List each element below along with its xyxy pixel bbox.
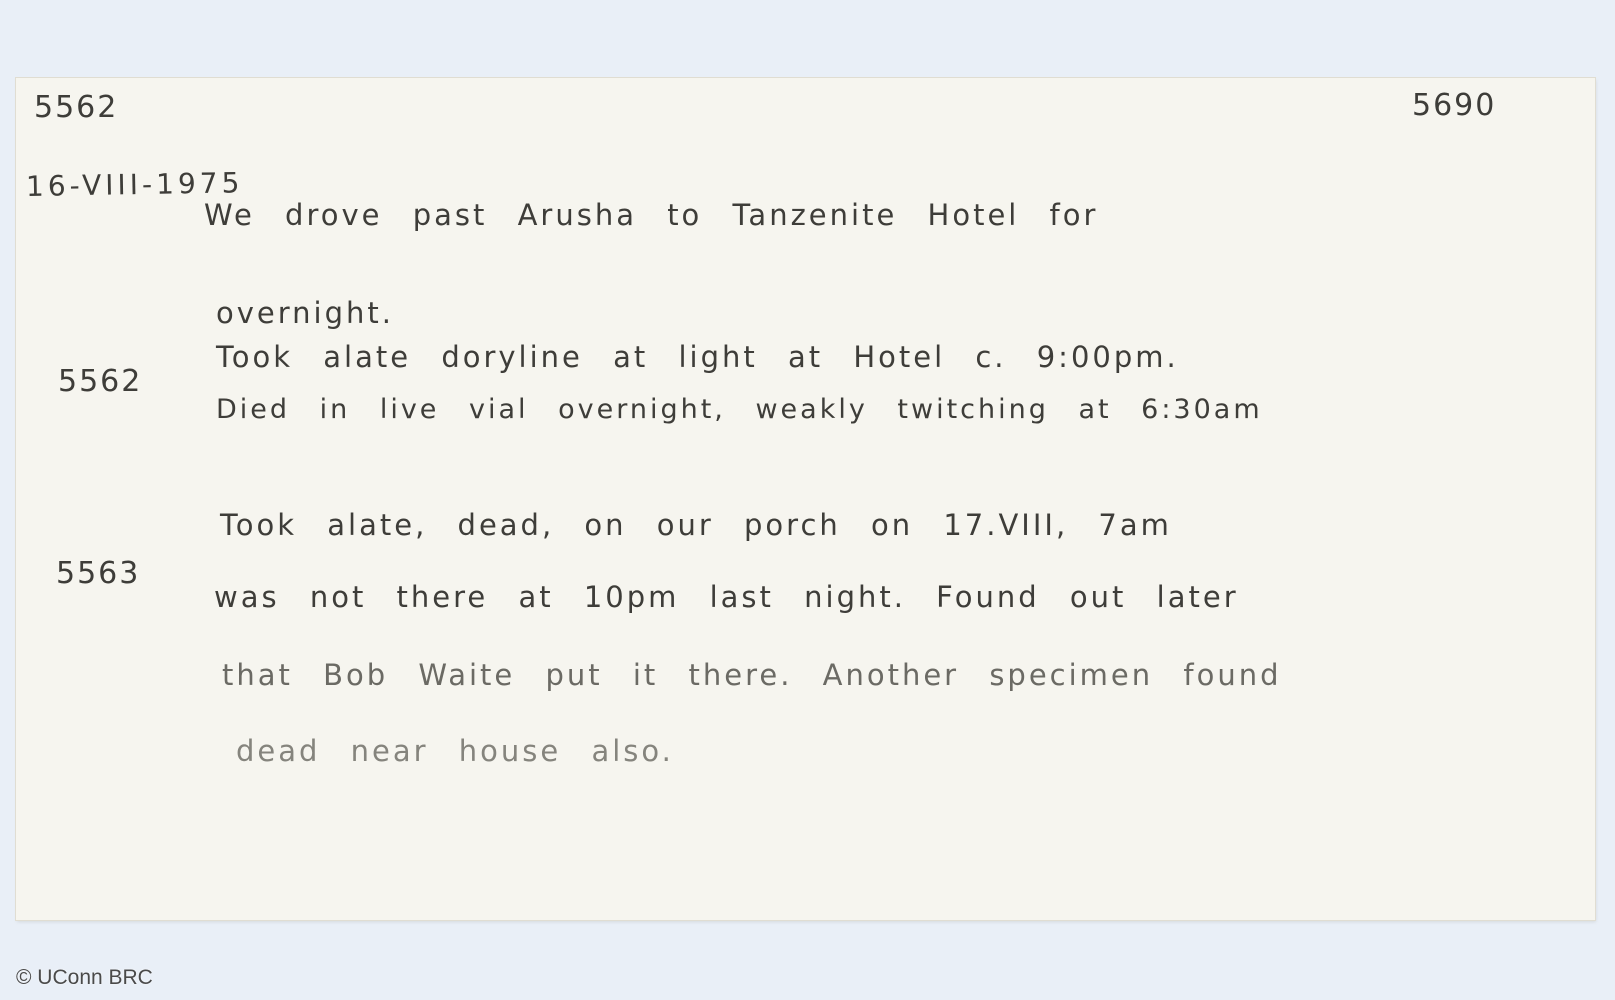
entry-line: Died in live vial overnight, weakly twit…: [216, 394, 1263, 425]
entry-catalog-number: 5563: [56, 556, 140, 591]
entry-line: Took alate, dead, on our porch on 17.VII…: [220, 508, 1172, 542]
entry-line: Took alate doryline at light at Hotel c.…: [216, 340, 1179, 374]
corner-left-number: 5562: [34, 90, 118, 125]
entry-catalog-number: 5562: [58, 364, 142, 399]
intro-line-2: overnight.: [216, 296, 394, 330]
entry-line: dead near house also.: [236, 734, 674, 768]
entry-line: that Bob Waite put it there. Another spe…: [222, 658, 1282, 692]
entry-line: was not there at 10pm last night. Found …: [214, 580, 1239, 614]
intro-line-1: We drove past Arusha to Tanzenite Hotel …: [204, 198, 1098, 232]
copyright-credit: © UConn BRC: [16, 966, 153, 990]
field-note-card: 5562 5690 16-VIII-1975 We drove past Aru…: [16, 78, 1595, 920]
corner-right-number: 5690: [1412, 88, 1496, 123]
